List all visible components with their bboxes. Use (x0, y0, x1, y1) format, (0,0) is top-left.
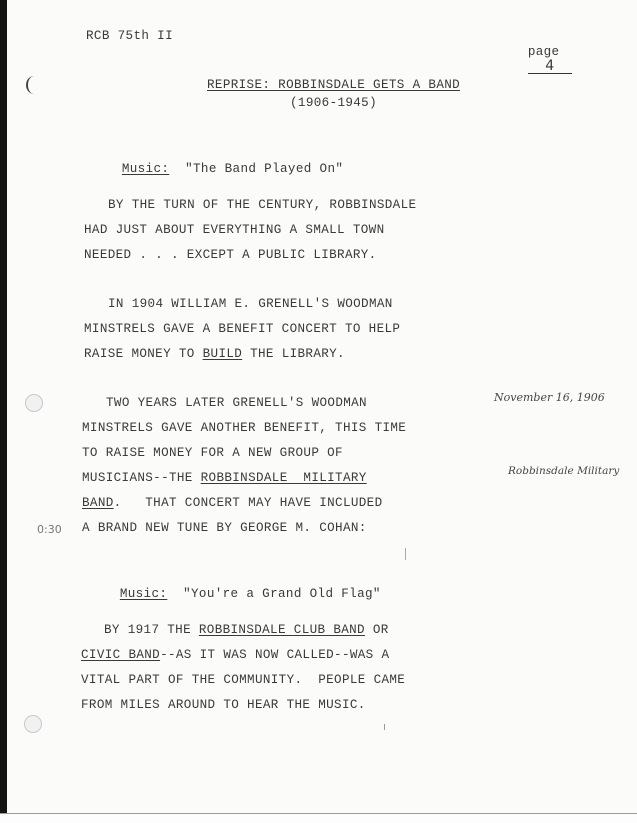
music-label: Music: (120, 587, 167, 601)
paragraph-line: FROM MILES AROUND TO HEAR THE MUSIC. (81, 698, 366, 712)
text-run: --AS IT WAS NOW CALLED--WAS A (160, 648, 389, 662)
stray-mark (384, 724, 385, 730)
text-run: OR (365, 623, 389, 637)
music-label: Music: (122, 162, 169, 176)
paragraph-line: TO RAISE MONEY FOR A NEW GROUP OF (82, 446, 343, 460)
page-bottom-edge (0, 813, 637, 823)
song-title: "You're a Grand Old Flag" (183, 587, 381, 601)
timing-note: 0:30 (37, 523, 62, 536)
band-annotation: Robbinsdale Military (508, 465, 619, 477)
date-annotation: November 16, 1906 (494, 391, 605, 404)
underlined-text: BAND (82, 496, 114, 510)
stray-mark (405, 548, 406, 560)
document-subtitle: (1906-1945) (290, 96, 377, 110)
paragraph-line: IN 1904 WILLIAM E. GRENELL'S WOODMAN (108, 297, 393, 311)
paragraph-line: VITAL PART OF THE COMMUNITY. PEOPLE CAME (81, 673, 405, 687)
punch-hole-bottom (24, 715, 42, 733)
text-run: . THAT CONCERT MAY HAVE INCLUDED (114, 496, 383, 510)
paragraph-line: MINSTRELS GAVE A BENEFIT CONCERT TO HELP (84, 322, 400, 336)
paragraph-line: RAISE MONEY TO BUILD THE LIBRARY. (84, 347, 345, 361)
underlined-text: CIVIC BAND (81, 648, 160, 662)
punch-hole-middle (25, 394, 43, 412)
paragraph-line: BY 1917 THE ROBBINSDALE CLUB BAND OR (104, 623, 389, 637)
underlined-text: BUILD (203, 347, 243, 361)
paragraph-line: BY THE TURN OF THE CENTURY, ROBBINSDALE (108, 198, 416, 212)
scan-edge (0, 0, 7, 823)
paragraph-line: A BRAND NEW TUNE BY GEORGE M. COHAN: (82, 521, 367, 535)
text-run: RAISE MONEY TO (84, 347, 203, 361)
document-code: RCB 75th II (86, 29, 173, 43)
page-label: page (528, 45, 560, 59)
paragraph-line: MUSICIANS--THE ROBBINSDALE MILITARY (82, 471, 367, 485)
text-run: MUSICIANS--THE (82, 471, 201, 485)
paragraph-line: MINSTRELS GAVE ANOTHER BENEFIT, THIS TIM… (82, 421, 406, 435)
music-cue: Music: "The Band Played On" (106, 148, 343, 176)
song-title: "The Band Played On" (185, 162, 343, 176)
paragraph-line: TWO YEARS LATER GRENELL'S WOODMAN (106, 396, 367, 410)
punch-hole-top (26, 76, 42, 94)
paragraph-line: CIVIC BAND--AS IT WAS NOW CALLED--WAS A (81, 648, 389, 662)
page-indicator: page 4 (512, 31, 572, 74)
page-number: 4 (528, 59, 572, 74)
text-run: BY 1917 THE (104, 623, 199, 637)
underlined-text: ROBBINSDALE MILITARY (201, 471, 367, 485)
underlined-text: ROBBINSDALE CLUB BAND (199, 623, 365, 637)
paragraph-line: HAD JUST ABOUT EVERYTHING A SMALL TOWN (84, 223, 384, 237)
music-cue: Music: "You're a Grand Old Flag" (104, 573, 381, 601)
paragraph-line: BAND. THAT CONCERT MAY HAVE INCLUDED (82, 496, 383, 510)
document-title: REPRISE: ROBBINSDALE GETS A BAND (207, 78, 460, 92)
paragraph-line: NEEDED . . . EXCEPT A PUBLIC LIBRARY. (84, 248, 377, 262)
text-run: THE LIBRARY. (242, 347, 345, 361)
